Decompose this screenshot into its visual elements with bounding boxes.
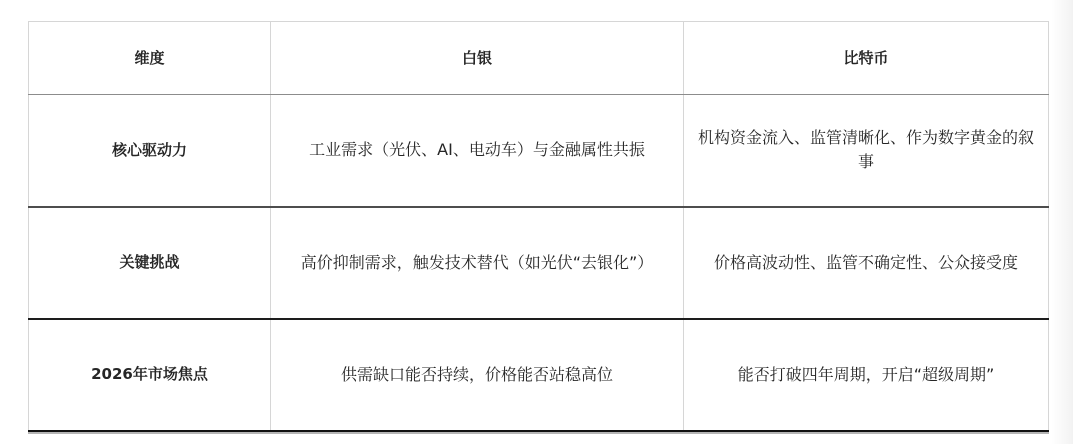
row-core-driver-dimension: 核心驱动力 — [29, 95, 271, 207]
row-2026-focus-silver: 供需缺口能否持续，价格能否站稳高位 — [271, 319, 684, 431]
table-row: 关键挑战 高价抑制需求，触发技术替代（如光伏“去银化”） 价格高波动性、监管不确… — [29, 207, 1049, 319]
row-2026-focus-dimension: 2026年市场焦点 — [29, 319, 271, 431]
header-dimension: 维度 — [29, 22, 271, 95]
comparison-table: 维度 白银 比特币 核心驱动力 工业需求（光伏、AI、电动车）与金融属性共振 机… — [28, 21, 1049, 432]
table-header-row: 维度 白银 比特币 — [29, 22, 1049, 95]
row-2026-focus-bitcoin: 能否打破四年周期，开启“超级周期” — [684, 319, 1049, 431]
table-row: 2026年市场焦点 供需缺口能否持续，价格能否站稳高位 能否打破四年周期，开启“… — [29, 319, 1049, 431]
row-key-challenge-bitcoin: 价格高波动性、监管不确定性、公众接受度 — [684, 207, 1049, 319]
row-key-challenge-silver: 高价抑制需求，触发技术替代（如光伏“去银化”） — [271, 207, 684, 319]
table-row: 核心驱动力 工业需求（光伏、AI、电动车）与金融属性共振 机构资金流入、监管清晰… — [29, 95, 1049, 207]
row-core-driver-silver: 工业需求（光伏、AI、电动车）与金融属性共振 — [271, 95, 684, 207]
header-bitcoin: 比特币 — [684, 22, 1049, 95]
row-core-driver-bitcoin: 机构资金流入、监管清晰化、作为数字黄金的叙事 — [684, 95, 1049, 207]
header-silver: 白银 — [271, 22, 684, 95]
page: 维度 白银 比特币 核心驱动力 工业需求（光伏、AI、电动车）与金融属性共振 机… — [0, 0, 1073, 444]
row-key-challenge-dimension: 关键挑战 — [29, 207, 271, 319]
